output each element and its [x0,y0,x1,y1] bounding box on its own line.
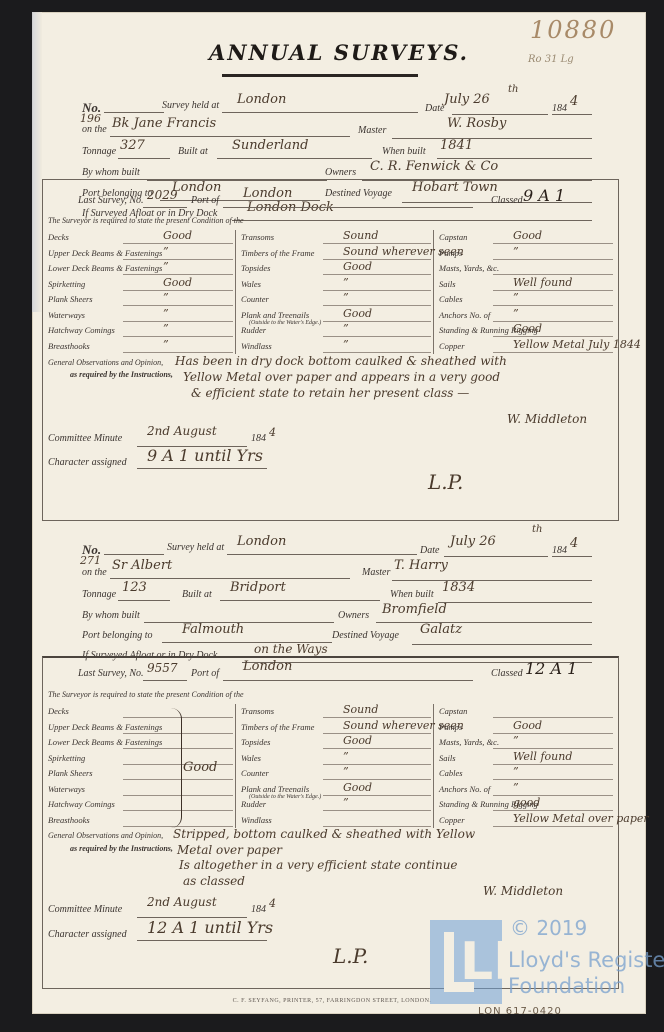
condition-label: Breasthooks [48,341,90,351]
destined-voyage-label: Destined Voyage [332,630,399,641]
survey-1-obs-line-3: & efficient state to retain her present … [191,386,469,400]
rule [110,136,350,137]
year-label: 184 [552,103,567,114]
page-title: ANNUAL SURVEYS. [32,40,646,65]
condition-value: Good [513,719,542,732]
watermark-copyright: © 2019 [510,916,587,940]
tonnage-label: Tonnage [82,146,116,157]
survey-1-vessel: Bk Jane Francis [112,116,216,131]
when-built-label: When built [390,589,434,600]
instructions-label: as required by the Instructions, [70,370,173,379]
condition-label: Counter [241,294,269,304]
condition-value: ” [343,291,349,304]
archive-reference: LON 617-0420 [478,1006,562,1017]
condition-value: Good [163,229,192,242]
condition-value: Good [343,307,372,320]
rule [323,305,431,306]
rule [323,779,431,780]
rule [493,779,613,780]
rule [323,733,431,734]
survey-2-obs-line-2: Metal over paper [177,843,282,857]
survey-2-committee-minute: 2nd August [147,895,217,909]
rule [323,259,431,260]
rule [493,321,613,322]
condition-label: Spirketting [48,753,85,763]
built-at-label: Built at [178,146,208,157]
survey-1-surveyor-signature: W. Middleton [507,412,587,426]
rule [123,259,233,260]
condition-value: ” [513,765,519,778]
rule [493,352,613,353]
survey-1-port-of: London [243,186,292,201]
survey-2-destined-voyage: Galatz [420,622,462,637]
condition-label: Plank Sheers [48,768,93,778]
rule [493,764,613,765]
rule [123,243,233,244]
rule [223,680,473,681]
rule [493,290,613,291]
condition-label: Breasthooks [48,815,90,825]
rule [123,305,233,306]
condition-value: ” [163,245,169,258]
rule [392,580,592,581]
survey-2-obs-line-4: as classed [183,874,245,888]
year-label: 184 [552,545,567,556]
condition-label: Topsides [241,263,270,273]
survey-2-built-at: Bridport [230,580,286,595]
rule [323,274,431,275]
plank-note: (Outside to the Water's Edge.) [249,794,321,800]
condition-label: Masts, Yards, &c. [439,263,499,273]
last-survey-label: Last Survey, No. [78,195,144,206]
rule [104,554,164,555]
printer-imprint: C. F. SEYFANG, PRINTER, 57, FARRINGDON S… [32,998,632,1004]
condition-label: Plank and Treenails [241,310,309,320]
condition-label: Lower Deck Beams & Fastenings [48,737,162,747]
general-obs-label: General Observations and Opinion, [48,358,163,367]
rule [493,733,613,734]
rule [118,600,170,601]
on-the-label: on the [82,567,107,578]
condition-value: Good [343,781,372,794]
condition-label: Wales [241,753,261,763]
condition-value: Sound [343,229,378,242]
survey-1-initials: L.P. [428,470,463,494]
rule [323,352,431,353]
instructions-label: as required by the Instructions, [70,844,173,853]
condition-label: Capstan [439,232,467,242]
condition-label: Waterways [48,310,85,320]
port-belonging-label: Port belonging to [82,630,153,641]
survey-2-port-of: London [243,659,292,674]
column-divider [235,230,236,354]
rule [412,644,592,645]
condition-value: Yellow Metal July 1844 [513,338,641,351]
by-whom-label: By whom built [82,610,140,621]
rule [223,207,473,208]
survey-2-character-assigned: 12 A 1 until Yrs [147,918,273,937]
condition-label: Sails [439,753,456,763]
rule [376,622,592,623]
survey-2-surveyor-signature: W. Middleton [483,884,563,898]
survey-2-port-belonging: Falmouth [182,622,244,637]
condition-label: Transoms [241,232,274,242]
condition-label: Spirketting [48,279,85,289]
rule [323,321,431,322]
built-at-label: Built at [182,589,212,600]
rule [323,810,431,811]
rule [104,112,164,113]
condition-value: ” [343,796,349,809]
condition-label: Capstan [439,706,467,716]
rule [444,556,548,557]
tonnage-label: Tonnage [82,589,116,600]
condition-label: Copper [439,815,465,825]
survey-1-year: 4 [570,94,578,109]
date-label: Date [420,545,439,556]
condition-label: Hatchway Comings [48,325,115,335]
survey-2-date: July 26 [450,534,496,549]
survey-1-committee-year: 4 [269,426,276,439]
rule [438,602,592,603]
survey-1-tonnage: 327 [120,138,145,153]
condition-value: ” [163,338,169,351]
condition-label: Decks [48,706,69,716]
when-built-label: When built [382,146,426,157]
survey-2-place: London [237,534,286,549]
rule [493,305,613,306]
character-assigned-label: Character assigned [48,457,127,468]
rule [552,556,592,557]
plank-note: (Outside to the Water's Edge.) [249,320,321,326]
port-of-label: Port of [191,668,219,679]
rule [123,352,233,353]
owners-label: Owners [338,610,369,621]
condition-value: ” [163,291,169,304]
committee-year-label: 184 [251,904,266,915]
survey-1-character-assigned: 9 A 1 until Yrs [147,446,263,465]
rule [323,290,431,291]
rule [220,600,380,601]
rule [323,336,431,337]
survey-1-last-survey-no: 2029 [147,188,178,202]
watermark-org-line1: Lloyd's Register [508,948,664,972]
condition-value: ” [163,307,169,320]
survey-1-date-suffix: th [508,84,518,95]
condition-label: Counter [241,768,269,778]
condition-label: Pumps [439,248,462,258]
survey-1-committee-minute: 2nd August [147,424,217,438]
rule [493,243,613,244]
condition-label: Windlass [241,815,272,825]
survey-2-master: T. Harry [394,558,448,573]
surveyor-note: The Surveyor is required to state the pr… [48,216,244,225]
survey-1-date: July 26 [444,92,490,107]
port-of-label: Port of [191,195,219,206]
master-label: Master [362,567,390,578]
condition-label: Anchors No. of [439,784,490,794]
surveyor-note: The Surveyor is required to state the pr… [48,690,244,699]
rule [323,764,431,765]
survey-2-afloat: on the Ways [254,642,328,656]
condition-value: Good [513,322,542,335]
condition-value: Good [163,276,192,289]
condition-value: Good [343,260,372,273]
condition-label: Rudder [241,325,266,335]
survey-2-obs-line-3: Is altogether in a very efficient state … [179,858,458,872]
committee-minute-label: Committee Minute [48,433,122,444]
condition-value: good [513,796,540,809]
condition-label: Lower Deck Beams & Fastenings [48,263,162,273]
condition-label: Timbers of the Frame [241,722,314,732]
title-rule [222,74,418,77]
survey-1-obs-line-2: Yellow Metal over paper and appears in a… [183,370,500,384]
condition-value: Good [343,734,372,747]
survey-1-obs-line-1: Has been in dry dock bottom caulked & sh… [175,354,507,368]
general-obs-label: General Observations and Opinion, [48,831,163,840]
survey-2-col1-bracket-value: Good [183,760,217,775]
condition-label: Decks [48,232,69,242]
condition-value: ” [343,322,349,335]
condition-label: Pumps [439,722,462,732]
condition-label: Timbers of the Frame [241,248,314,258]
condition-value: ” [513,781,519,794]
committee-minute-label: Committee Minute [48,904,122,915]
survey-2-owners: Bromfield [382,602,447,617]
rule [110,578,350,579]
classed-label: Classed [491,668,523,679]
condition-value: ” [513,307,519,320]
survey-1-master: W. Rosby [447,116,506,131]
survey-held-label: Survey held at [167,542,224,553]
condition-value: ” [343,276,349,289]
survey-2-vessel: Sr Albert [112,558,172,573]
owners-label: Owners [325,167,356,178]
survey-1-condition-box: Last Survey, No. 2029 Port of London Cla… [42,179,619,521]
condition-value: ” [513,291,519,304]
condition-value: ” [513,245,519,258]
rule [493,795,613,796]
condition-value: ” [343,765,349,778]
condition-label: Transoms [241,706,274,716]
rule [452,114,548,115]
condition-label: Wales [241,279,261,289]
rule [392,138,592,139]
condition-value: Well found [513,750,572,763]
lr-logo-icon: LR [430,920,502,1004]
rule [143,680,187,681]
rule [137,940,267,941]
rule [493,717,613,718]
survey-1-built-at: Sunderland [232,138,308,153]
committee-year-label: 184 [251,433,266,444]
rule [123,336,233,337]
survey-1-owners: C. R. Fenwick & Co [370,159,498,174]
survey-2-last-survey-no: 9557 [147,661,178,675]
condition-value: Good [513,229,542,242]
condition-label: Windlass [241,341,272,351]
rule [123,290,233,291]
rule [227,554,417,555]
survey-1-classed: 9 A 1 [523,186,565,205]
condition-label: Cables [439,294,463,304]
rule [137,468,267,469]
survey-2-classed: 12 A 1 [525,659,577,678]
rule [118,158,170,159]
condition-value: ” [343,750,349,763]
survey-2-committee-year: 4 [269,897,276,910]
condition-label: Plank Sheers [48,294,93,304]
condition-value: ” [163,322,169,335]
condition-value: ” [163,260,169,273]
survey-document-page: 10880 Ro 31 Lg ANNUAL SURVEYS. No. 196 S… [32,12,646,1014]
condition-value: Yellow Metal over paper [513,812,649,825]
condition-value: ” [343,338,349,351]
condition-label: Hatchway Comings [48,799,115,809]
condition-label: Anchors No. of [439,310,490,320]
rule [123,321,233,322]
survey-held-label: Survey held at [162,100,219,111]
classed-label: Classed [491,195,523,206]
condition-label: Copper [439,341,465,351]
rule [323,748,431,749]
last-survey-label: Last Survey, No. [78,668,144,679]
condition-label: Cables [439,768,463,778]
condition-value: Well found [513,276,572,289]
condition-label: Plank and Treenails [241,784,309,794]
condition-label: Sails [439,279,456,289]
survey-2-date-suffix: th [532,524,542,535]
master-label: Master [358,125,386,136]
rule [222,112,418,113]
condition-label: Rudder [241,799,266,809]
rule [493,826,613,827]
date-label: Date [425,103,444,114]
character-assigned-label: Character assigned [48,929,127,940]
rule [552,114,592,115]
condition-label: Topsides [241,737,270,747]
survey-2-year: 4 [570,536,578,551]
survey-2-no: 271 [80,554,101,567]
rule [143,207,187,208]
on-the-label: on the [82,124,107,135]
survey-1-when-built: 1841 [440,138,473,153]
survey-2-when-built: 1834 [442,580,475,595]
rule [323,795,431,796]
condition-value: Sound [343,703,378,716]
condition-label: Upper Deck Beams & Fastenings [48,248,162,258]
grouping-brace [171,708,182,828]
survey-1-place: London [237,92,286,107]
survey-2-obs-line-1: Stripped, bottom caulked & sheathed with… [173,827,475,841]
by-whom-label: By whom built [82,167,140,178]
rule [493,259,613,260]
column-divider [235,704,236,828]
survey-2-tonnage: 123 [122,580,147,595]
condition-label: Waterways [48,784,85,794]
survey-2-initials: L.P. [333,944,368,968]
rule [217,158,372,159]
condition-label: Masts, Yards, &c. [439,737,499,747]
watermark-org-line2: Foundation [508,974,625,998]
condition-label: Upper Deck Beams & Fastenings [48,722,162,732]
condition-value: ” [513,734,519,747]
